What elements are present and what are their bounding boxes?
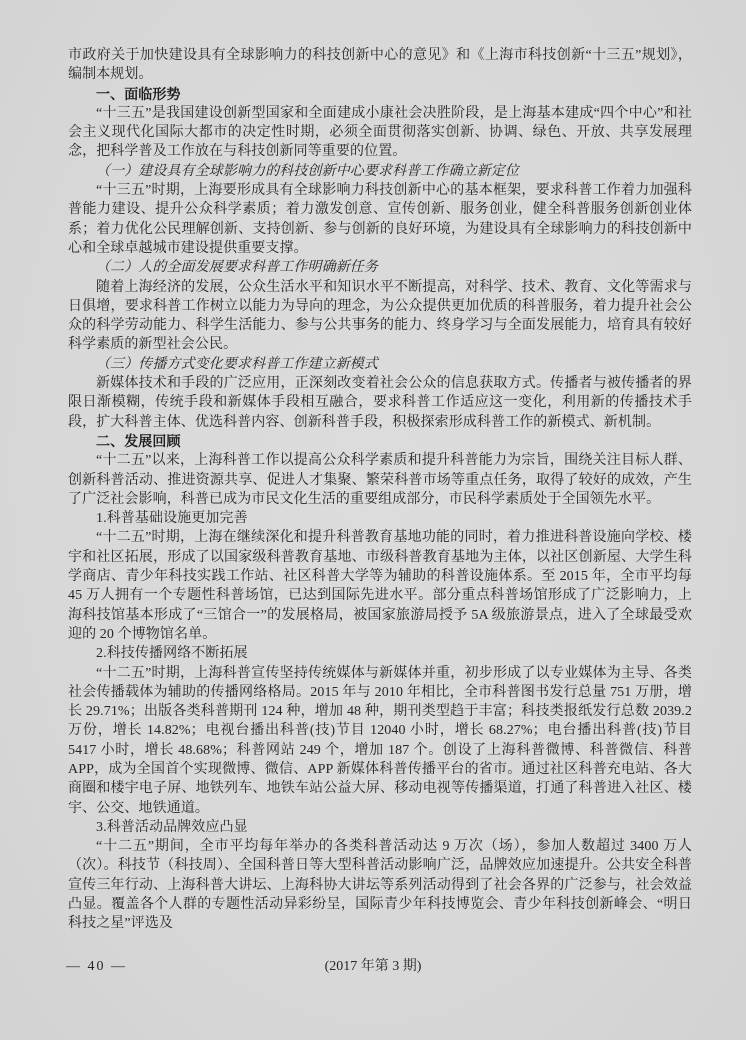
body-paragraph: “十三五”是我国建设创新型国家和全面建成小康社会决胜阶段，是上海基本建成“四个中… <box>68 104 692 162</box>
numbered-heading-2: 2.科技传播网络不断拓展 <box>68 644 692 663</box>
continuation-paragraph: 市政府关于加快建设具有全球影响力的科技创新中心的意见》和《上海市科技创新“十三五… <box>68 46 692 85</box>
body-paragraph: “十三五”时期，上海要形成具有全球影响力科技创新中心的基本框架，要求科普工作着力… <box>68 181 692 258</box>
page-footer: — 40 — (2017 年第 3 期) <box>0 957 746 977</box>
section-heading-2: 二、发展回顾 <box>68 432 692 451</box>
body-paragraph: “十二五”期间，全市平均每年举办的各类科普活动达 9 万次（场），参加人数超过 … <box>68 837 692 933</box>
section-heading-1: 一、面临形势 <box>68 85 692 104</box>
body-paragraph: “十二五”时期，上海科普宣传坚持传统媒体与新媒体并重，初步形成了以专业媒体为主导… <box>68 664 692 818</box>
subsection-heading-1-2: （二）人的全面发展要求科普工作明确新任务 <box>68 258 692 277</box>
body-paragraph: “十二五”时期，上海在继续深化和提升科普教育基地功能的同时，着力推进科普设施向学… <box>68 528 692 644</box>
numbered-heading-1: 1.科普基础设施更加完善 <box>68 509 692 528</box>
numbered-heading-3: 3.科普活动品牌效应凸显 <box>68 818 692 837</box>
subsection-heading-1-3: （三）传播方式变化要求科普工作建立新模式 <box>68 355 692 374</box>
issue-info: (2017 年第 3 期) <box>0 957 746 977</box>
subsection-heading-1-1: （一）建设具有全球影响力的科技创新中心要求科普工作确立新定位 <box>68 162 692 181</box>
body-paragraph: 随着上海经济的发展，公众生活水平和知识水平不断提高，对科学、技术、教育、文化等需… <box>68 278 692 355</box>
body-paragraph: 新媒体技术和手段的广泛应用，正深刻改变着社会公众的信息获取方式。传播者与被传播者… <box>68 374 692 432</box>
document-body: 市政府关于加快建设具有全球影响力的科技创新中心的意见》和《上海市科技创新“十三五… <box>68 46 692 934</box>
document-page: 市政府关于加快建设具有全球影响力的科技创新中心的意见》和《上海市科技创新“十三五… <box>0 0 746 1040</box>
body-paragraph: “十二五”以来，上海科普工作以提高公众科学素质和提升科普能力为宗旨，围绕关注目标… <box>68 451 692 509</box>
